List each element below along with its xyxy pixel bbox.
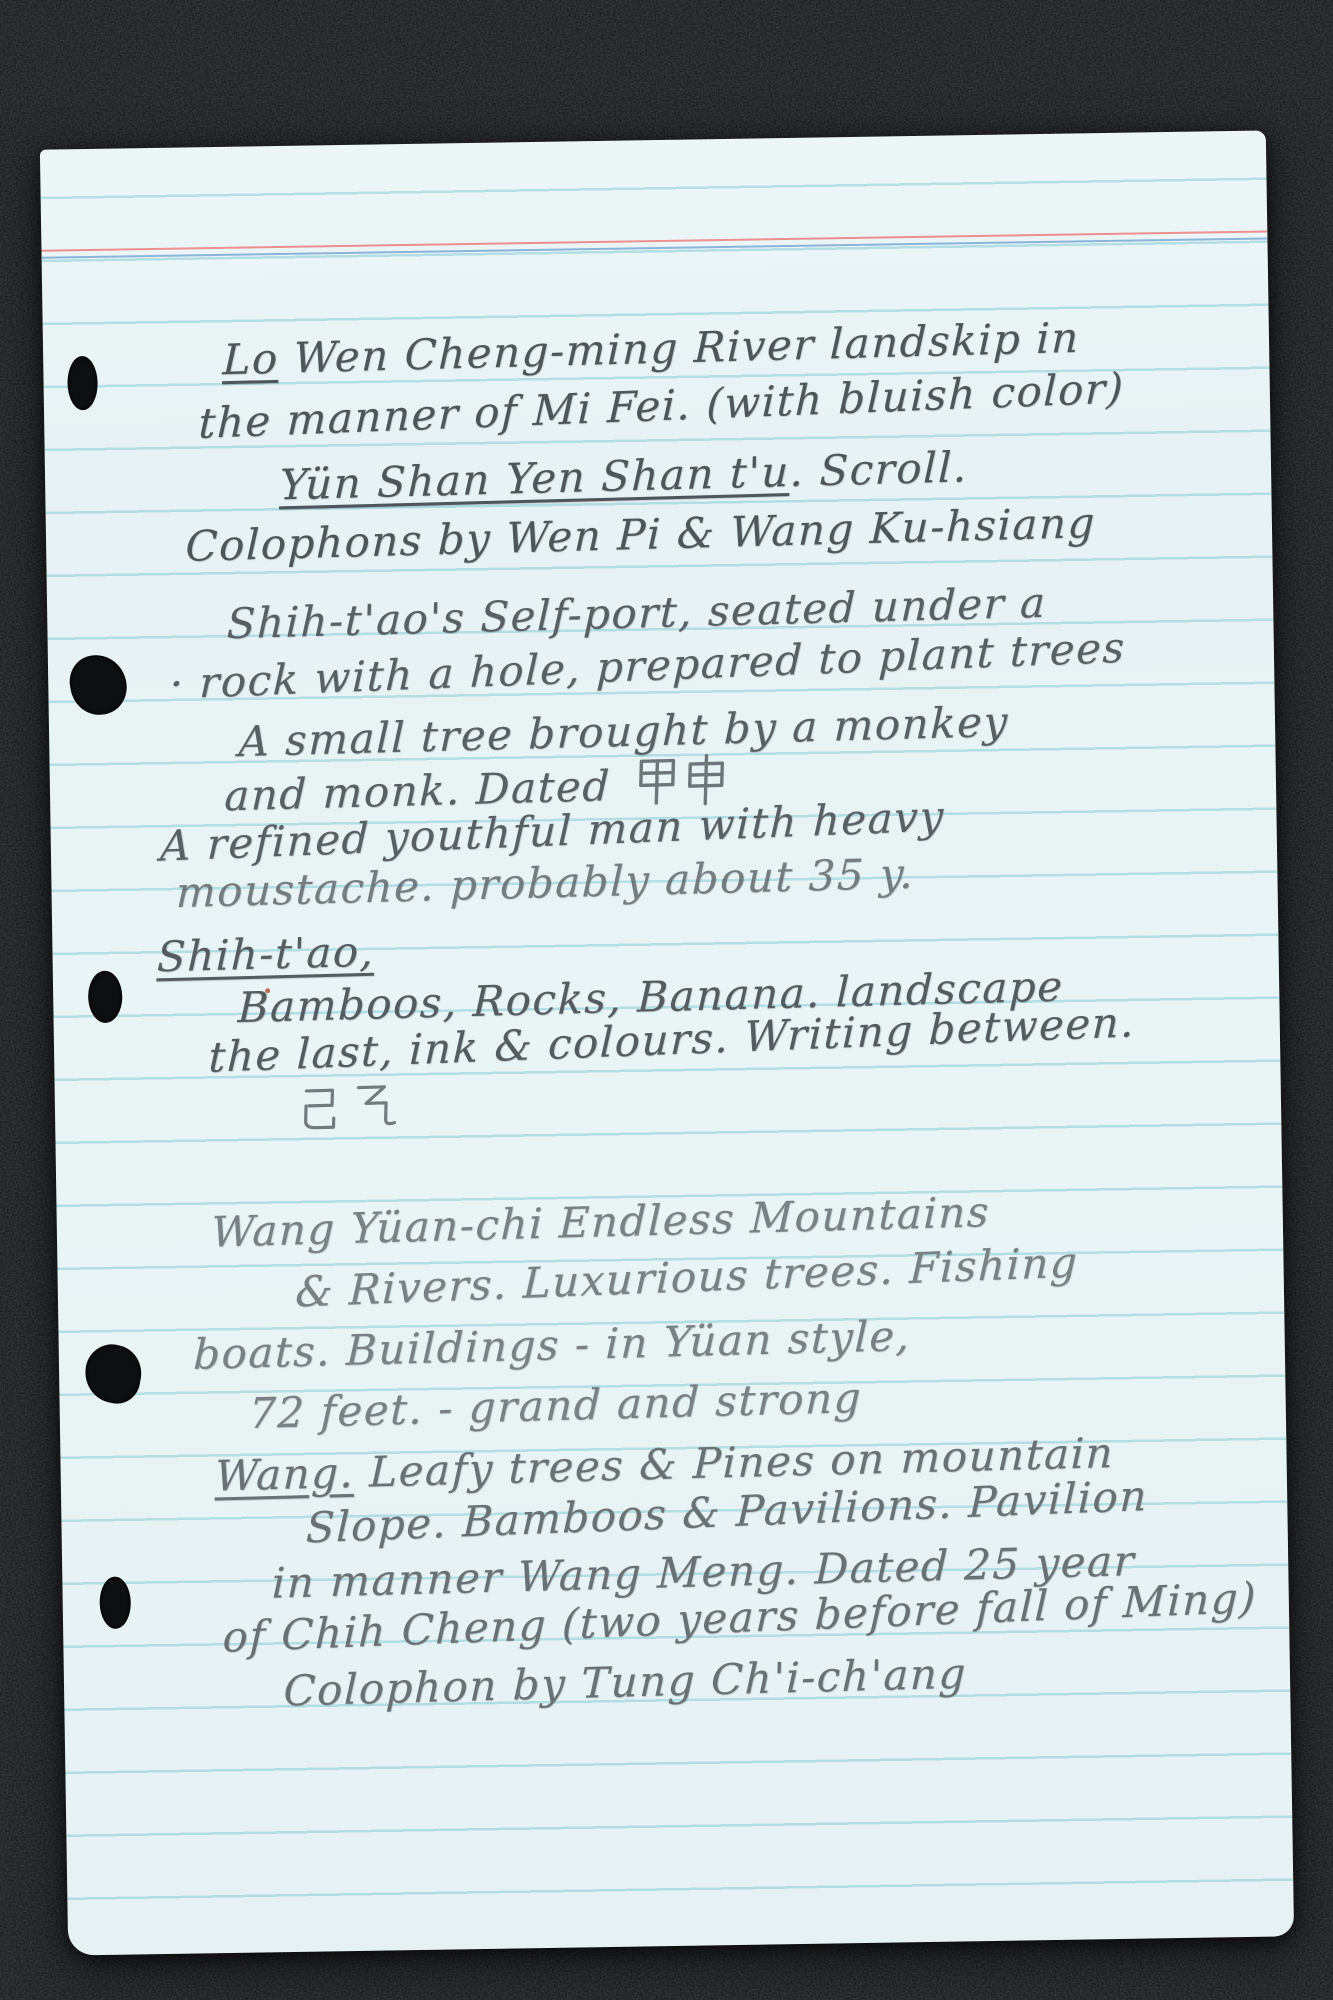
note-paper: Lo Wen Cheng-ming River landskip in the … <box>40 130 1294 1955</box>
punch-hole-5 <box>99 1576 131 1628</box>
handwriting-line: Colophon by Tung Ch'i-ch'ang <box>222 1596 969 1772</box>
line-text: Colophon by Tung Ch'i-ch'ang <box>283 1649 968 1716</box>
chinese-characters-yi-yi <box>294 1076 405 1137</box>
punch-hole-1 <box>67 356 98 410</box>
